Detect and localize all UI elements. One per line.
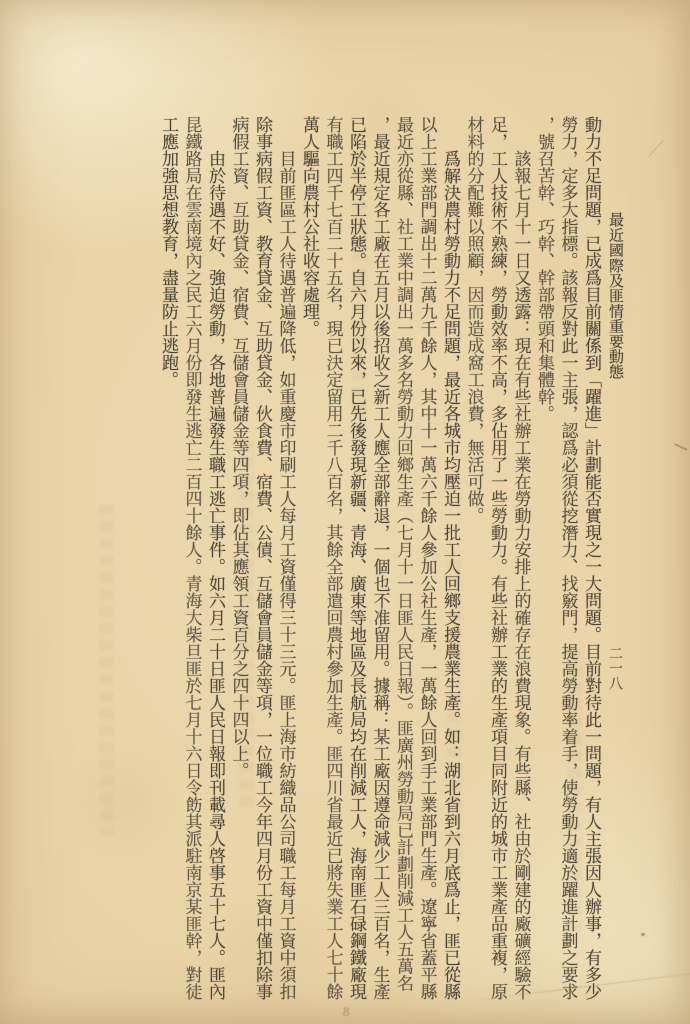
scanned-page: 最近國際及匪情重要動態 二一八 動力不足問題，已成爲目前關係到「躍進」計劃能否實…	[0, 0, 690, 1024]
text-column: 昆鐵路局在雲南境內之民工六月份即發生逃亡二百四十餘人。青海大柴旦匪於七月十六日令…	[180, 116, 204, 1000]
text-column: 最近亦從縣、社工業中調出一萬多名勞動力回鄉生產（七月十一日匪人民日報）。匪廣州勞…	[392, 116, 416, 1000]
bleedthrough-smudge	[99, 505, 114, 835]
text-column: 目前匪區工人待遇普遍降低，如重慶市印刷工人每月工資僅得三十三元。匪上海市紡織品公…	[274, 116, 298, 1000]
text-column: ，號召苦幹、巧幹、幹部帶頭和集體幹。	[533, 116, 557, 1000]
running-title: 最近國際及匪情重要動態	[605, 212, 626, 379]
corner-scratch-mark	[648, 140, 663, 157]
text-column: 已陷於半停工狀態。自六月份以來，已先後發現新疆、青海、廣東等地區及長航局均在削減…	[345, 116, 369, 1000]
text-column: 以上工業部門調出十二萬九千餘人，其中十一萬六千餘人參加公社生產，一萬餘人回到手工…	[415, 116, 439, 1000]
text-column: 病假工資、互助貸金、宿費、互儲會員儲金等四項，即佔其應領工資百分之四十四以上。	[227, 116, 251, 1000]
paper-speck	[641, 933, 645, 936]
text-column: 有職工四千七百二十五名，現已決定留用二千八百名，其餘全部遣回農村參加生產。匪四川…	[321, 116, 345, 1000]
page-number: 二一八	[604, 646, 624, 691]
text-column: 由於待遇不好、強迫勞動，各地普遍發生職工逃亡事件。如六月二十日匪人民日報即刊載尋…	[204, 116, 228, 1000]
bottom-smudge-mark: 8	[342, 1004, 350, 1021]
body-text: 動力不足問題，已成爲目前關係到「躍進」計劃能否實現之一大問題。目前對待此一問題，…	[157, 116, 604, 1000]
edge-scratch-mark	[674, 443, 687, 450]
text-column: 該報七月十一日又透露：現在有些社辦工業在勞動力安排上的確存在浪費現象。有些縣、社…	[509, 116, 533, 1000]
text-column: 工應加強思想教育，盡量防止逃跑。	[157, 116, 181, 1000]
text-column: 萬人驅向農村公社收容處理。	[298, 116, 322, 1000]
text-column: 動力不足問題，已成爲目前關係到「躍進」計劃能否實現之一大問題。目前對待此一問題，…	[580, 116, 604, 1000]
text-column: ，最近規定各工廠在五月以後招收之新工人應全部辭退，一個也不准留用。據稱：某工廠因…	[368, 116, 392, 1000]
text-column: 材料的分配難以照顧，因而造成窩工浪費，無活可做。	[462, 116, 486, 1000]
text-column: 勞力，定多大指標。該報反對此一主張，認爲必須從挖潛力、找竅門，提高勞動率着手，使…	[556, 116, 580, 1000]
text-column: 足，工人技術不熟練，勞動效率不高，多佔用了一些勞動力。有些社辦工業的生產項目同附…	[486, 116, 510, 1000]
text-column: 爲解決農村勞動力不足問題，最近各城市均壓迫一批工人回鄉支援農業生產。如：湖北省到…	[439, 116, 463, 1000]
text-column: 除事病假工資、教育貸金、互助貸金、伙食費、宿費、公債、互儲會員儲金等項，一位職工…	[251, 116, 275, 1000]
